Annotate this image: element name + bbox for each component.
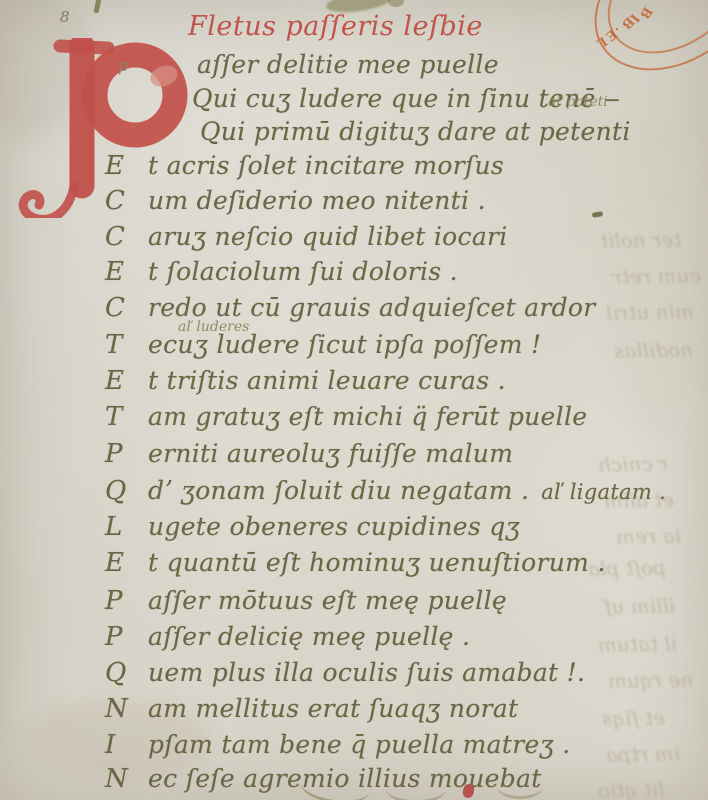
- verse-text: aſſer delitie mee puelle: [197, 50, 499, 79]
- verse-line: Nam mellitus erat ſuaqʒ norat: [105, 694, 518, 724]
- ink-smudge: [388, 0, 404, 7]
- verse-initial: E: [105, 151, 148, 181]
- bleedthrough-text: ter nolit: [600, 227, 682, 252]
- bleedthrough-text: r cnich: [598, 451, 669, 476]
- bleedthrough-text: eum retr: [612, 263, 701, 289]
- verse-initial: E: [105, 257, 148, 287]
- verse-initial: P: [105, 586, 148, 616]
- verse-line: Qui primū digituʒ dare at petenti: [200, 117, 631, 147]
- bleedthrough-text: illim uſ: [604, 593, 676, 618]
- verse-initial: C: [105, 293, 148, 323]
- bleedthrough-text: et ſiqs: [602, 705, 666, 730]
- verse-initial: Q: [105, 658, 148, 688]
- verse-initial: N: [105, 764, 148, 794]
- verse-text: aruʒ neſcio quid libet iocari: [148, 222, 508, 251]
- verse-text: t acris ſolet incitare morſus: [148, 151, 504, 180]
- verse-initial: E: [105, 548, 148, 578]
- verse-initial: T: [105, 330, 148, 360]
- interlinear-gloss: aľ luderes: [178, 320, 249, 335]
- verse-initial: P: [105, 622, 148, 652]
- flourish-mark: [386, 776, 446, 800]
- verse-initial: P: [105, 439, 148, 469]
- corner-mark: 8: [60, 8, 70, 26]
- verse-text: uem plus illa oculis ſuis amabat !.: [148, 658, 585, 687]
- verse-text: aſſer mōtuus eſt meę puellę: [148, 586, 507, 615]
- verse-line: Paſſer mōtuus eſt meę puellę: [105, 586, 507, 616]
- verse-text: aſſer delicię meę puellę .: [148, 622, 470, 651]
- verse-line: Cum deſiderio meo nitenti .: [105, 186, 486, 216]
- verse-line: Et ſolaciolum ſui doloris .: [105, 257, 458, 287]
- verse-text: erniti aureoluʒ fuiſſe malum: [148, 439, 513, 468]
- verse-text: t triſtis animi leuare curas .: [148, 366, 506, 395]
- verse-text: pſam tam bene q̄ puella matreʒ .: [148, 730, 570, 759]
- bleedthrough-text: min utril: [606, 299, 694, 325]
- verse-line: Paſſer delicię meę puellę .: [105, 622, 470, 652]
- verse-line: Tecuʒ ludere ſicut ipſa poſſem !: [105, 330, 541, 360]
- verse-line: Tam gratuʒ eſt michi q̈ ferūt puelle: [105, 402, 587, 432]
- bleedthrough-text: nodillas: [614, 337, 694, 362]
- verse-line: Perniti aureoluʒ fuiſſe malum: [105, 439, 513, 469]
- verse-line: Et acris ſolet incitare morſus: [105, 151, 504, 181]
- verse-text: t quantū eſt hominuʒ uenuſtiorum .: [148, 548, 606, 577]
- guide-letter: p: [118, 56, 128, 75]
- verse-initial: N: [105, 694, 148, 724]
- rubric-title: Fletus paſſeris leſbie: [188, 12, 483, 42]
- verse-line: Quem plus illa oculis ſuis amabat !.: [105, 658, 585, 688]
- ink-smudge: [93, 0, 101, 13]
- verse-initial: C: [105, 186, 148, 216]
- bleedthrough-text: im rtpa: [606, 741, 680, 766]
- bleedthrough-text: ia rem: [616, 523, 681, 548]
- verse-text: am mellitus erat ſuaqʒ norat: [148, 694, 518, 723]
- verse-initial: Q: [105, 476, 148, 506]
- flourish-mark: [497, 774, 543, 799]
- verse-line: Ipſam tam bene q̄ puella matreʒ .: [105, 730, 570, 760]
- verse-initial: E: [105, 366, 148, 396]
- verse-line: aſſer delitie mee puelle: [197, 50, 499, 80]
- verse-text: Qui primū digituʒ dare at petenti: [200, 117, 631, 146]
- verse-text: t ſolaciolum ſui doloris .: [148, 257, 458, 286]
- bleedthrough-text: il tatum: [598, 631, 677, 656]
- verse-text: um deſiderio meo nitenti .: [148, 186, 486, 215]
- verse-text: dʼ ʒonam ſoluit diu negatam .: [148, 476, 529, 505]
- manuscript-page: ter noliteum retrmin utrilnodillasr cnic…: [0, 0, 708, 800]
- interlinear-gloss: aľ pateti: [548, 95, 608, 110]
- margin-note: aľ ligatam .: [541, 480, 666, 504]
- verse-text: redo ut cū grauis adquieſcet ardor: [148, 293, 596, 322]
- verse-line: Lugete obeneres cupidines qʒ: [105, 512, 520, 542]
- verse-line: Caruʒ neſcio quid libet iocari: [105, 222, 508, 252]
- red-ink-dot: [461, 783, 475, 799]
- verse-line: Et triſtis animi leuare curas .: [105, 366, 506, 396]
- bleedthrough-text: lit qtio: [598, 777, 665, 800]
- verse-line: Et quantū eſt hominuʒ uenuſtiorum .: [105, 548, 606, 578]
- verse-initial: I: [105, 730, 148, 760]
- verse-line: Qdʼ ʒonam ſoluit diu negatam .aľ ligatam…: [105, 476, 666, 507]
- ink-smudge: [592, 211, 604, 218]
- verse-initial: C: [105, 222, 148, 252]
- verse-initial: T: [105, 402, 148, 432]
- verse-text: ugete obeneres cupidines qʒ: [148, 512, 520, 541]
- verse-text: am gratuʒ eſt michi q̈ ferūt puelle: [148, 402, 587, 431]
- bleedthrough-text: ne rqum: [608, 667, 694, 692]
- verse-initial: L: [105, 512, 148, 542]
